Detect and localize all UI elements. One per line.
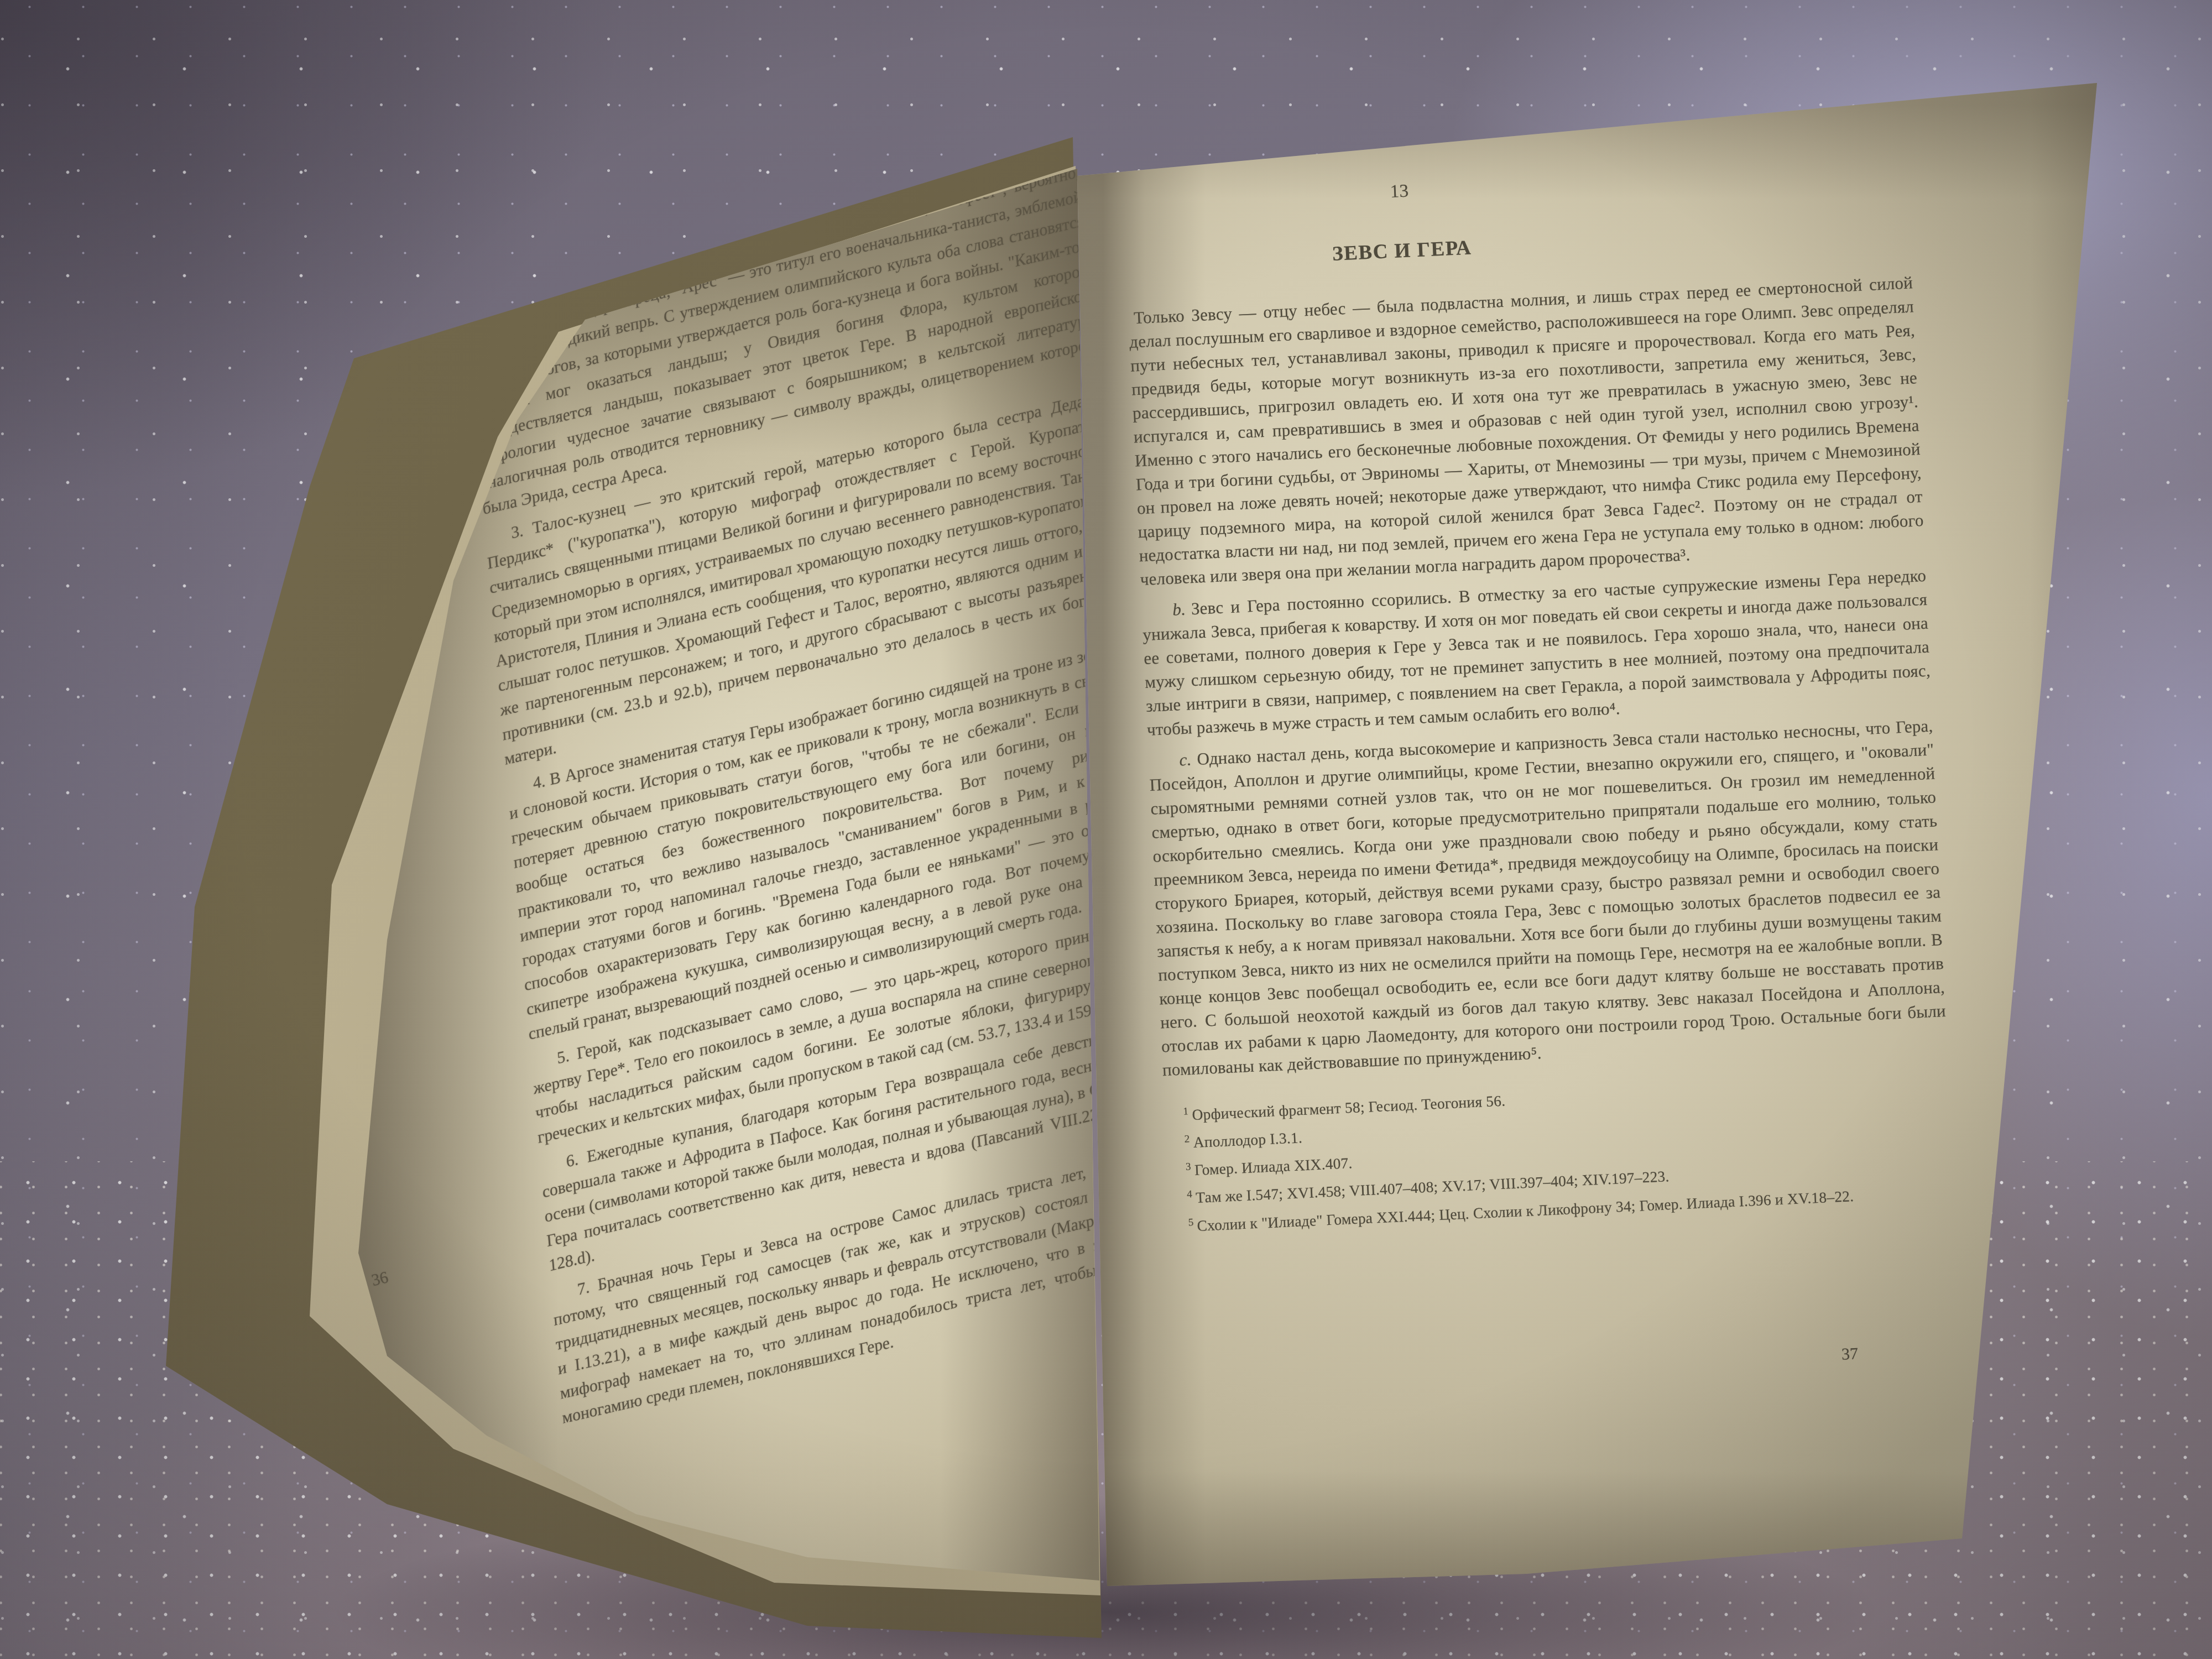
page-number: 36 bbox=[370, 1268, 390, 1290]
paragraph-marker: b. bbox=[1172, 599, 1186, 619]
footnote-marker: 5 bbox=[1188, 1217, 1194, 1228]
photo-open-book: после того, как ее должность присвоил се… bbox=[0, 0, 2212, 1659]
paragraph-text: Зевс и Гера постоянно ссорились. В отмес… bbox=[1142, 566, 1931, 739]
paragraph-marker bbox=[1128, 309, 1129, 328]
paragraph-text: Только Зевсу — отцу небес — была подвлас… bbox=[1129, 273, 1924, 589]
footnote-marker: 1 bbox=[1183, 1105, 1189, 1117]
chapter-title: ЗЕВС И ГЕРА bbox=[1125, 216, 1911, 275]
paragraph: b.Зевс и Гера постоянно ссорились. В отм… bbox=[1141, 564, 1932, 742]
paragraph: c.Однако настал день, когда высокомерие … bbox=[1148, 714, 1948, 1082]
footnote-marker: 4 bbox=[1187, 1189, 1193, 1201]
paragraph-marker: c. bbox=[1179, 749, 1192, 769]
left-page-text: после того, как ее должность присвоил се… bbox=[465, 160, 1178, 1437]
chapter-number: 13 bbox=[1123, 157, 1908, 216]
footnote-text: Аполлодор I.3.1. bbox=[1193, 1129, 1302, 1151]
footnote-marker: 3 bbox=[1186, 1161, 1192, 1173]
paragraph: Только Зевсу — отцу небес — была подвлас… bbox=[1128, 270, 1925, 591]
right-page-text: 13 ЗЕВС И ГЕРА Только Зевсу — отцу небес… bbox=[1123, 157, 1955, 1240]
footnotes: 1Орфический фрагмент 58; Гесиод. Теогони… bbox=[1164, 1066, 1955, 1238]
footnote-marker: 2 bbox=[1184, 1133, 1190, 1145]
footnote-text: Гомер. Илиада XIX.407. bbox=[1194, 1154, 1353, 1178]
page-number: 37 bbox=[1841, 1344, 1859, 1364]
paragraph-text: Однако настал день, когда высокомерие и … bbox=[1149, 716, 1947, 1080]
